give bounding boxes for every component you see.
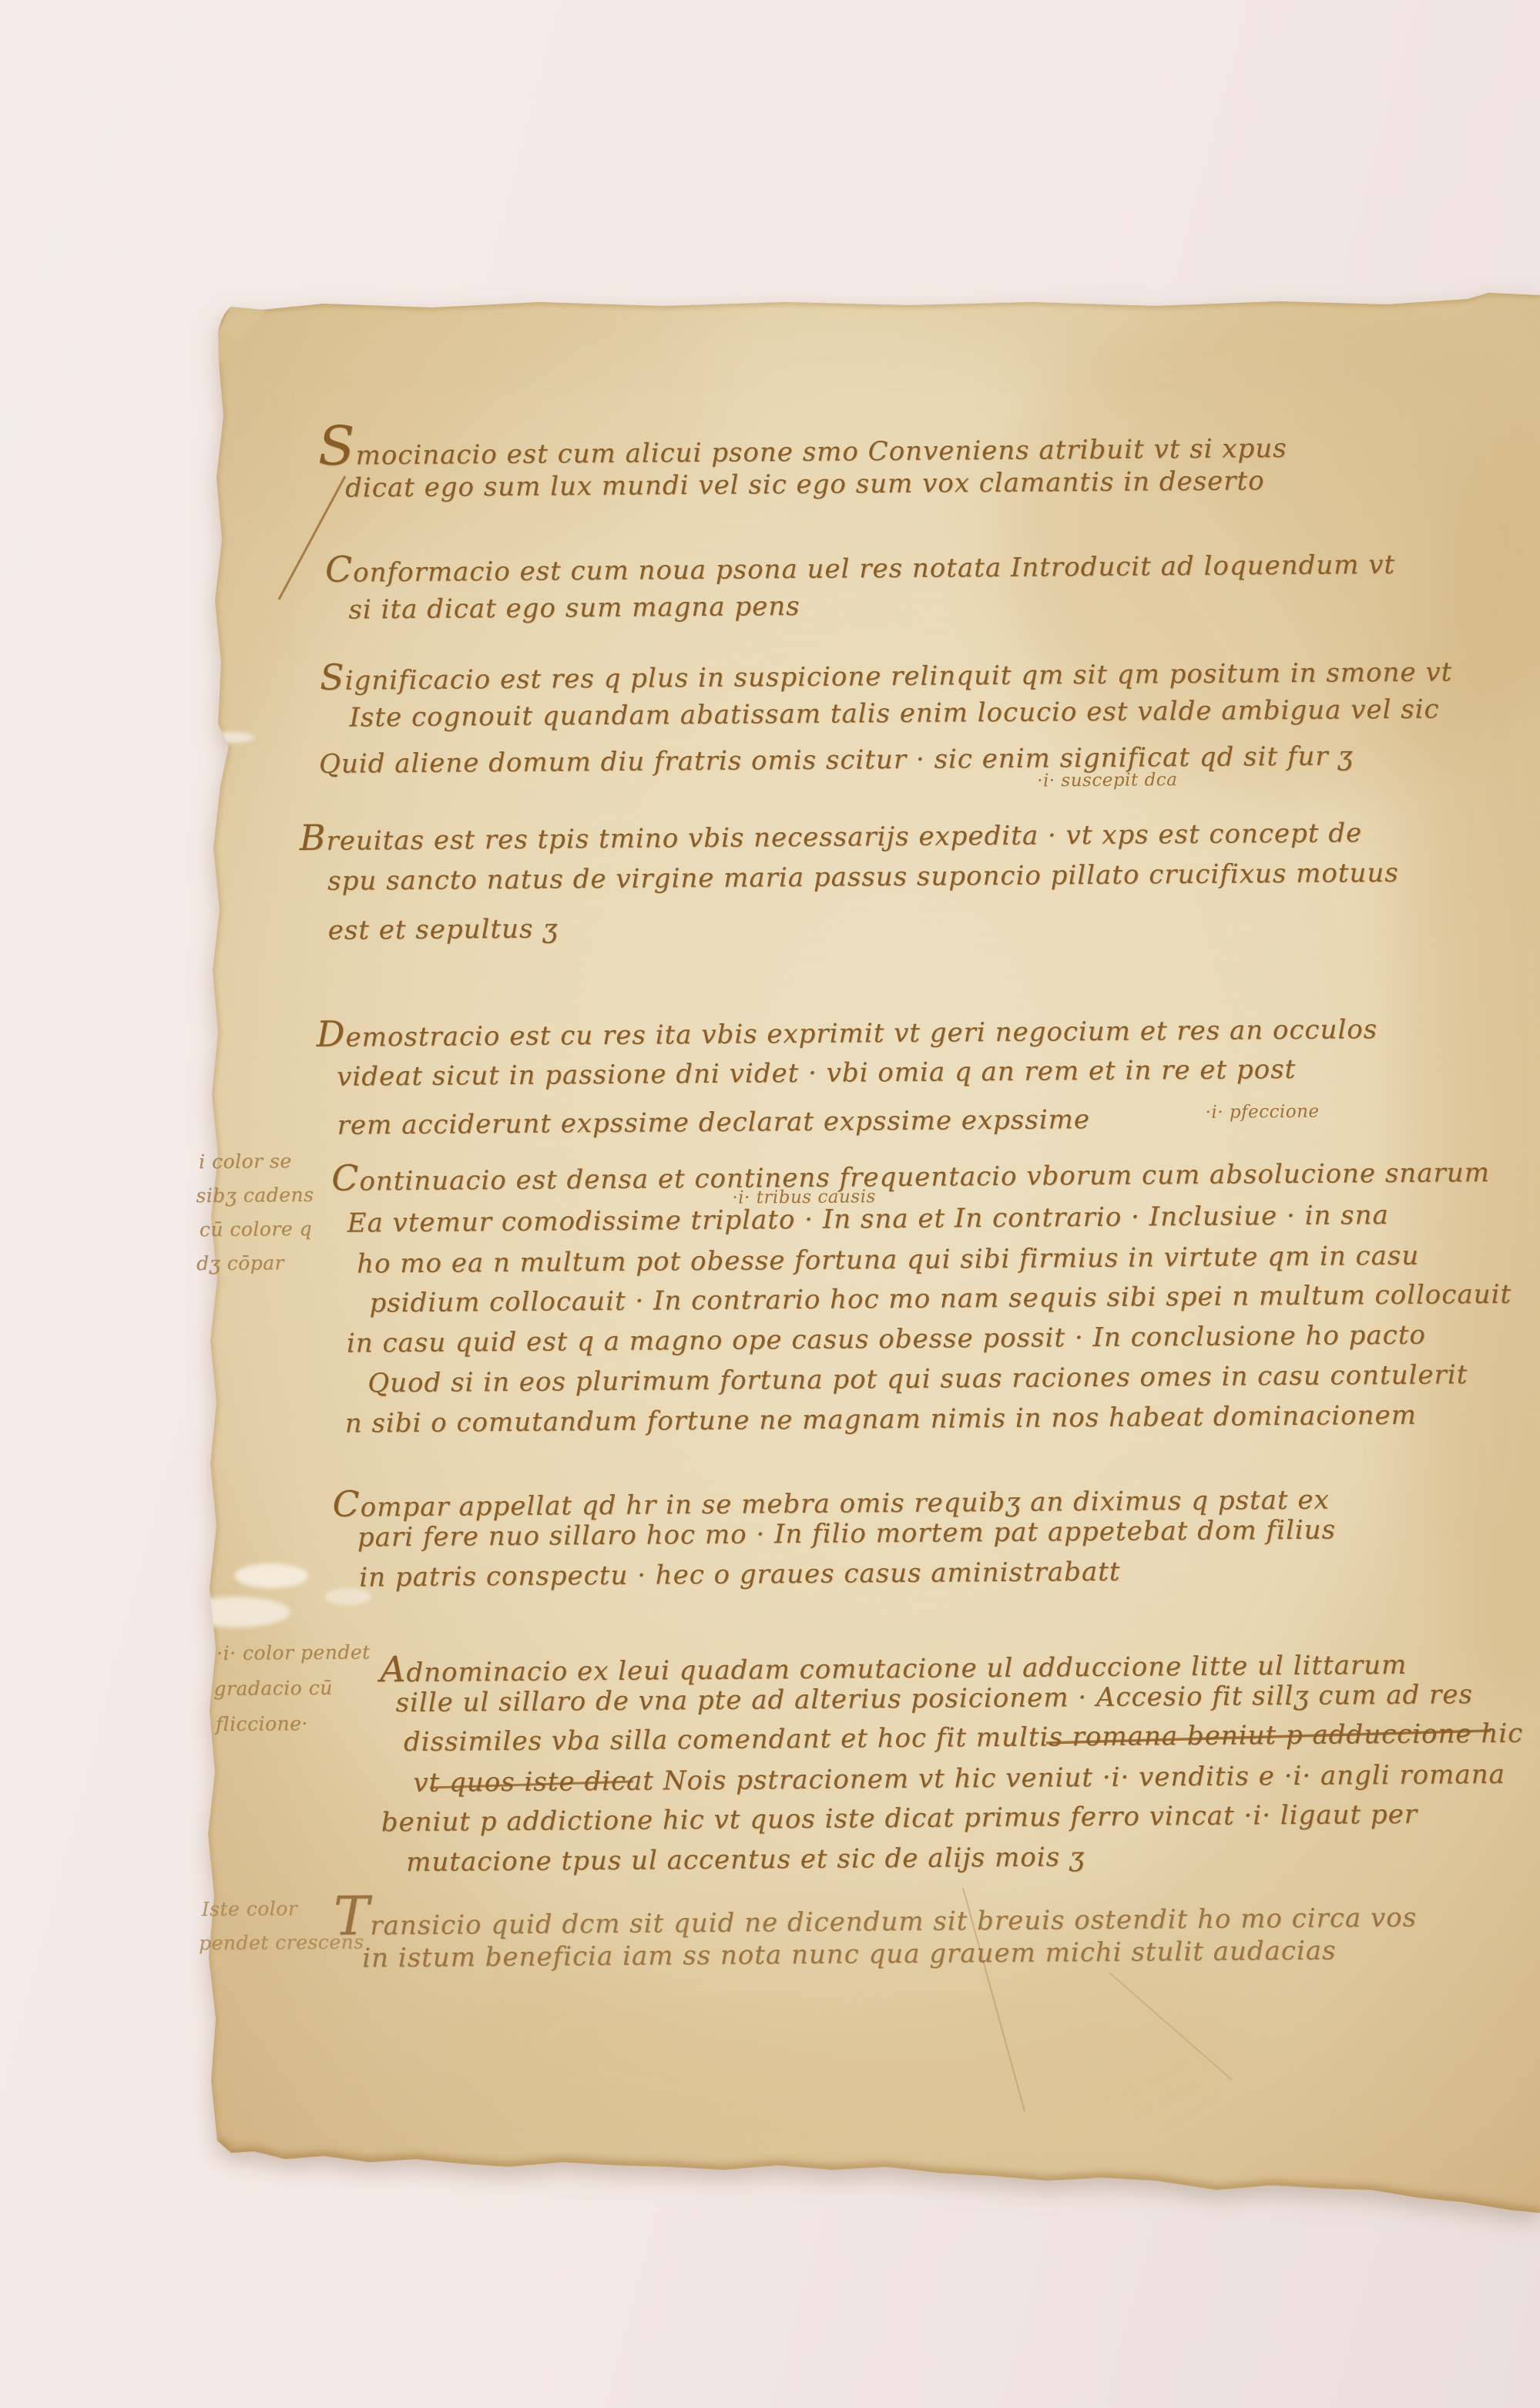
text-line: Transicio quid dcm sit quid ne dicendum …: [334, 1887, 1418, 1942]
margin-note-line: i color se: [199, 1150, 292, 1173]
text-line: ho mo ea n multum pot obesse fortuna qui…: [357, 1241, 1419, 1280]
text-line: dicat ego sum lux mundi vel sic ego sum …: [345, 465, 1265, 503]
margin-note-line: ·i· color pendet: [216, 1641, 371, 1664]
margin-note-line: pendet crescens: [199, 1930, 364, 1954]
margin-note-line: gradacio cū: [213, 1677, 333, 1700]
text-line: si ita dicat ego sum magna pens: [348, 591, 800, 626]
text-line: beniut p addictione hic vt quos iste dic…: [381, 1799, 1418, 1839]
handwritten-text-layer: Smocinacio est cum alicui psone smo Conv…: [0, 0, 1540, 2408]
margin-note-line: cū colore q: [200, 1217, 313, 1241]
text-line: Iste cognouit quandam abatissam talis en…: [349, 694, 1439, 733]
text-line: in istum beneficia iam ss nota nunc qua …: [362, 1936, 1337, 1974]
text-line: vt quos iste dicat Nois pstracionem vt h…: [413, 1759, 1505, 1798]
text-line: psidium collocauit · In contrario hoc mo…: [369, 1279, 1511, 1319]
margin-note-line: sibʒ cadens: [196, 1184, 314, 1207]
margin-note-line: dʒ cōpar: [196, 1251, 284, 1275]
text-line: Conformacio est cum noua psona uel res n…: [325, 540, 1396, 590]
text-line: mutacione tpus ul accentus et sic de ali…: [406, 1842, 1085, 1878]
text-line: spu sancto natus de virgine maria passus…: [327, 858, 1399, 897]
text-line: rem acciderunt expssime declarat expssim…: [337, 1104, 1091, 1141]
margin-note-line: Iste color: [202, 1897, 298, 1920]
text-line: Quod si in eos plurimum fortuna pot qui …: [367, 1359, 1468, 1399]
text-line: Continuacio est densa et continens frequ…: [331, 1148, 1490, 1199]
text-line: videat sicut in passione dni videt · vbi…: [337, 1054, 1296, 1093]
text-line: est et sepultus ʒ: [328, 913, 559, 945]
text-line: pari fere nuo sillaro hoc mo · In filio …: [357, 1515, 1336, 1553]
interlinear-gloss: ·i· pfeccione: [1205, 1102, 1319, 1123]
text-line: Smocinacio est cum alicui psone smo Conv…: [318, 418, 1287, 472]
manuscript-photo: Smocinacio est cum alicui psone smo Conv…: [0, 0, 1540, 2408]
text-line: Quid aliene domum diu fratris omis scitu…: [319, 741, 1354, 780]
text-line: Significacio est res q plus in suspicion…: [320, 647, 1453, 698]
text-line: in casu quid est q a magno ope casus obe…: [347, 1320, 1426, 1359]
text-line: Ea vtemur comodissime triplato · In sna …: [347, 1200, 1389, 1239]
margin-note-line: fliccione·: [216, 1712, 308, 1735]
text-line: n sibi o comutandum fortune ne magnam ni…: [345, 1400, 1418, 1439]
text-line: Breuitas est res tpis tmino vbis necessa…: [300, 808, 1363, 858]
text-line: in patris conspectu · hec o graues casus…: [359, 1557, 1120, 1594]
interlinear-gloss: ·i· suscepit dca: [1037, 770, 1177, 791]
text-line: dissimiles vba silla comendant et hoc fi…: [404, 1718, 1524, 1758]
text-line: Demostracio est cu res ita vbis exprimit…: [317, 1005, 1378, 1055]
